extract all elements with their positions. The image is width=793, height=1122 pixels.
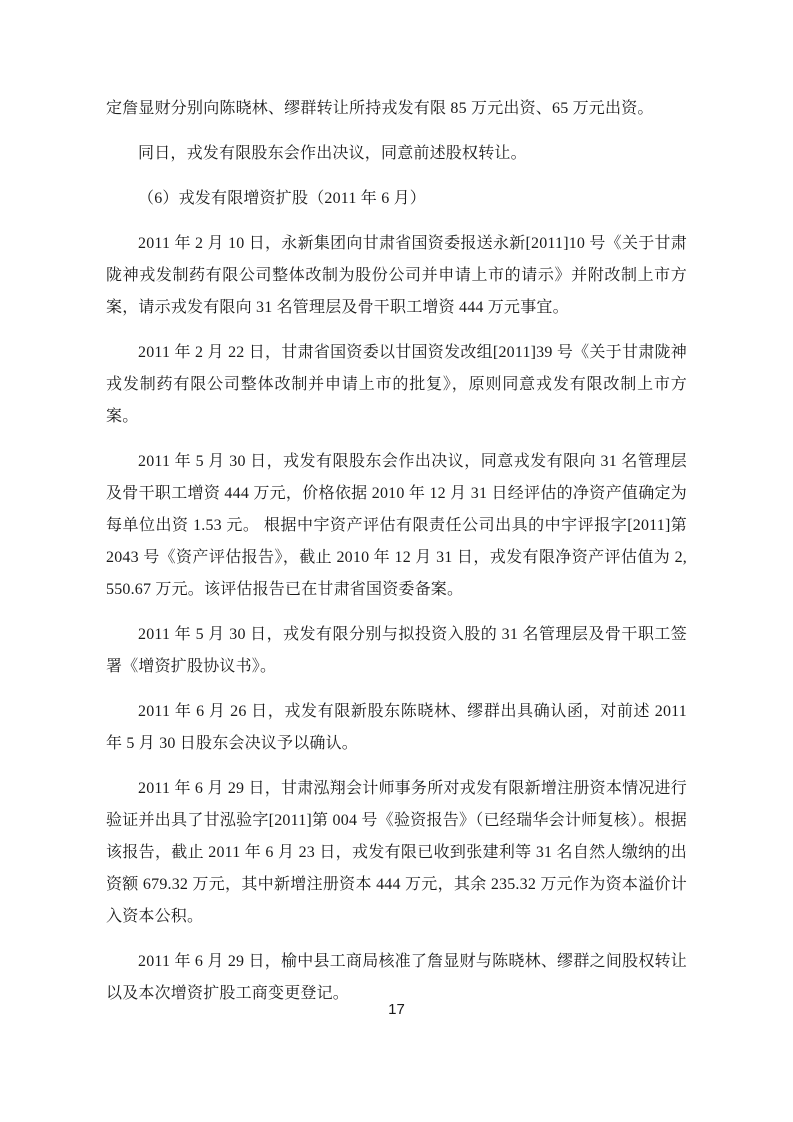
body-paragraph: 2011 年 5 月 30 日，戎发有限分别与拟投资入股的 31 名管理层及骨干… (106, 619, 687, 683)
section-heading: （6）戎发有限增资扩股（2011 年 6 月） (106, 183, 687, 215)
body-paragraph: 同日，戎发有限股东会作出决议，同意前述股权转让。 (106, 138, 687, 170)
document-body: 定詹显财分别向陈晓林、缪群转让所持戎发有限 85 万元出资、65 万元出资。 同… (106, 93, 687, 1023)
document-page: 定詹显财分别向陈晓林、缪群转让所持戎发有限 85 万元出资、65 万元出资。 同… (0, 0, 793, 1122)
continuation-paragraph: 定詹显财分别向陈晓林、缪群转让所持戎发有限 85 万元出资、65 万元出资。 (106, 93, 687, 125)
body-paragraph: 2011 年 2 月 10 日，永新集团向甘肃省国资委报送永新[2011]10 … (106, 228, 687, 324)
body-paragraph: 2011 年 6 月 29 日，甘肃泓翔会计师事务所对戎发有限新增注册资本情况进… (106, 773, 687, 933)
body-paragraph: 2011 年 2 月 22 日，甘肃省国资委以甘国资发改组[2011]39 号《… (106, 337, 687, 433)
body-paragraph: 2011 年 6 月 26 日，戎发有限新股东陈晓林、缪群出具确认函，对前述 2… (106, 696, 687, 760)
body-paragraph: 2011 年 5 月 30 日，戎发有限股东会作出决议，同意戎发有限向 31 名… (106, 446, 687, 606)
page-number: 17 (0, 1001, 793, 1018)
